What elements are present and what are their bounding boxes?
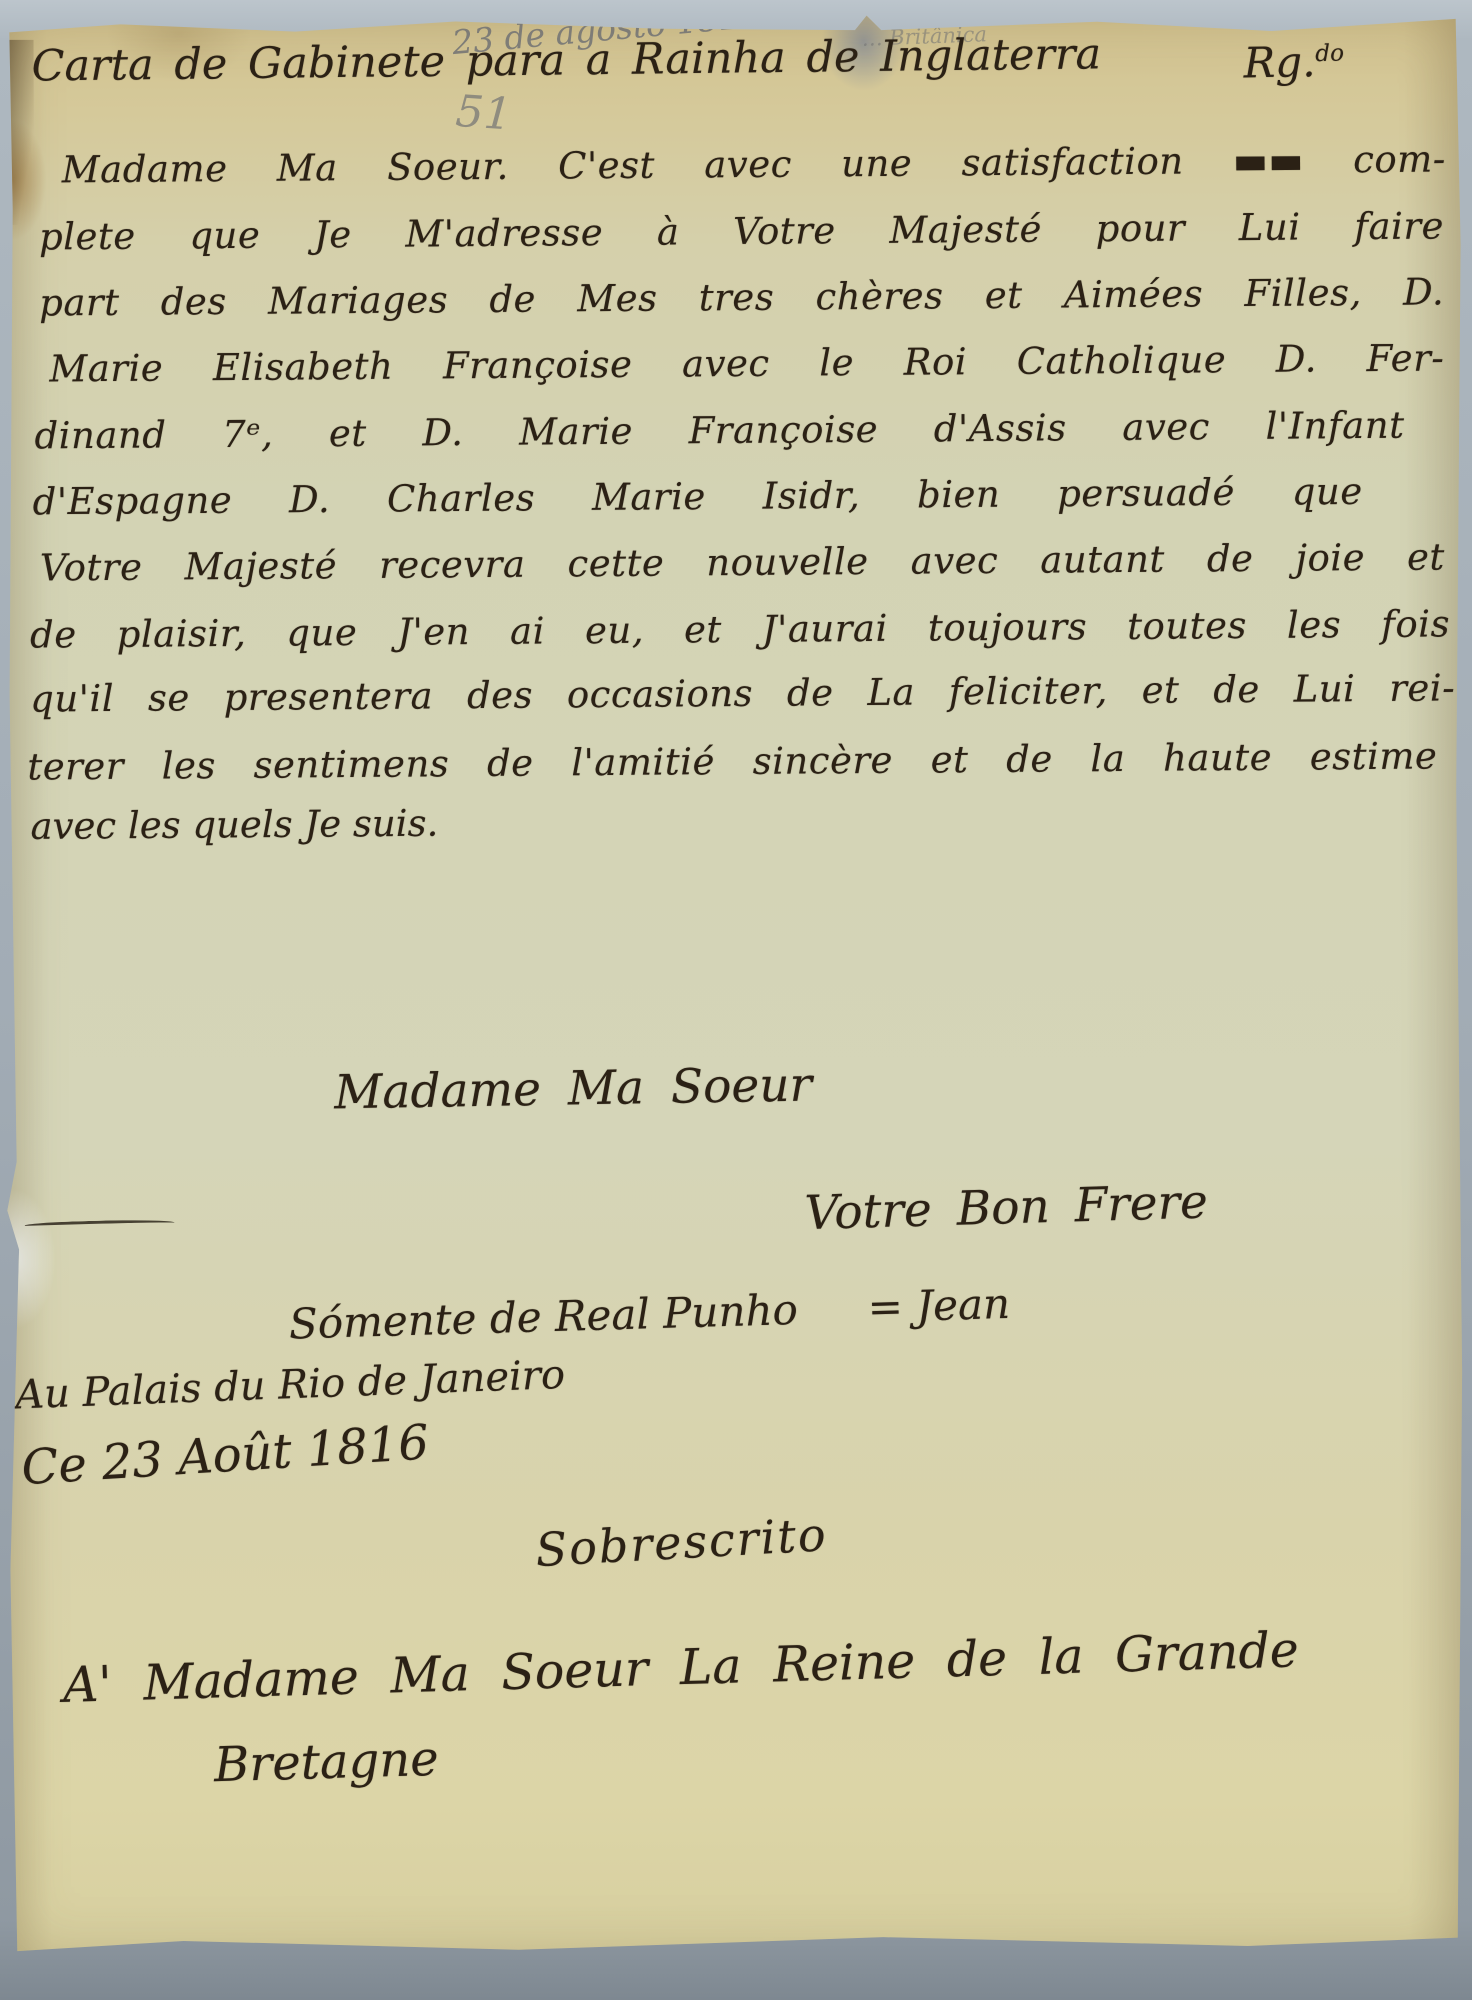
address-line1: A' Madame Ma Soeur La Reine de la Grande: [62, 1621, 1299, 1714]
registry-mark: Rg.do: [1243, 37, 1345, 88]
body-line: part des Mariages de Mes tres chères et …: [39, 270, 1444, 343]
closing-salutation: Madame Ma Soeur: [334, 1057, 813, 1120]
registry-mark-superscript: do: [1315, 41, 1344, 68]
body-line: terer les sentimens de l'amitié sincère …: [27, 734, 1437, 807]
paper-tear-mark: [25, 1219, 175, 1230]
body-line: Votre Majesté recevra cette nouvelle ave…: [40, 535, 1445, 608]
letter-paper: 23 de agosto 1816 … Britânica 51 Carta d…: [3, 11, 1466, 1959]
body-line: plete que Je M'adresse à Votre Majesté p…: [39, 204, 1444, 277]
body-line: de plaisir, que J'en ai eu, et J'aurai t…: [30, 602, 1450, 675]
hand-note-text: Sómente de Real Punho: [288, 1285, 798, 1349]
closing-place: Au Palais du Rio de Janeiro: [14, 1352, 565, 1419]
body-line: qu'il se presentera des occasions de La …: [30, 666, 1455, 739]
closing-date: Ce 23 Août 1816: [20, 1414, 431, 1496]
hand-note-signature: = Jean: [867, 1279, 1011, 1332]
closing-signature-line: Votre Bon Frere: [804, 1174, 1209, 1241]
address-heading: Sobrescrito: [534, 1507, 829, 1577]
body-line: avec les quels Je suis.: [30, 802, 438, 848]
address-line2: Bretagne: [213, 1731, 439, 1793]
paper-fold-shadow: [4, 40, 34, 225]
body-line: d'Espagne D. Charles Marie Isidr, bien p…: [33, 470, 1363, 542]
registry-mark-main: Rg.: [1243, 37, 1316, 87]
header-title: Carta de Gabinete para a Rainha de Ingla…: [31, 29, 1101, 91]
body-line: Madame Ma Soeur. C'est avec une satisfac…: [62, 138, 1446, 211]
closing-hand-note: Sómente de Real Punho= Jean: [288, 1279, 1010, 1349]
body-line: dinand 7ᵉ, et D. Marie Françoise d'Assis…: [34, 404, 1404, 477]
body-line: Marie Elisabeth Françoise avec le Roi Ca…: [49, 336, 1444, 409]
pencil-page-number: 51: [454, 86, 513, 141]
scanned-letter-photo: { "document": { "header": { "title_pt": …: [0, 0, 1472, 2000]
